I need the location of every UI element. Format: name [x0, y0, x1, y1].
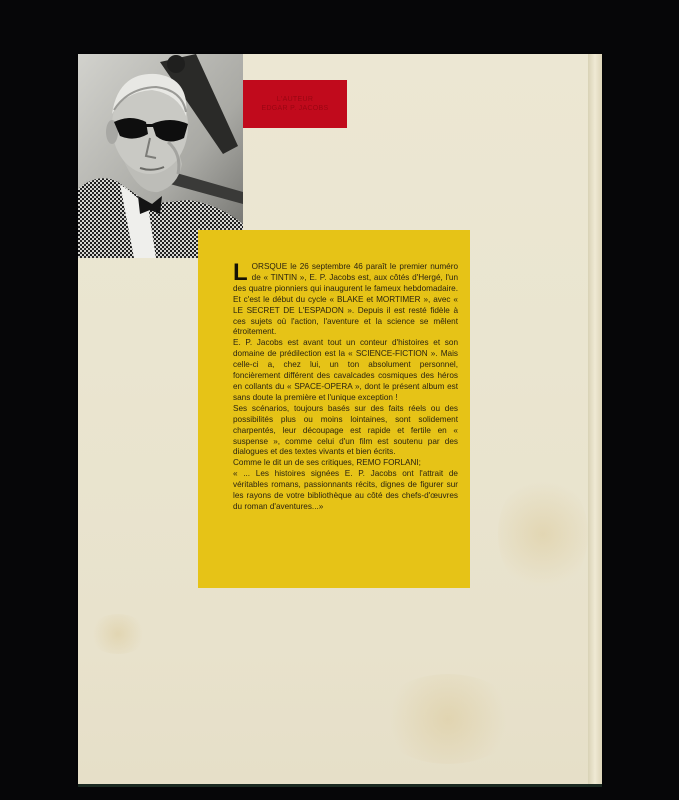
cover-bottom-edge: [78, 784, 602, 787]
author-label-line1: L'AUTEUR: [243, 95, 347, 104]
book-back-cover: L'AUTEUR EDGAR P. JACOBS LORSQUE le 26 s…: [78, 54, 602, 784]
age-stain: [88, 614, 148, 654]
biography-paragraph-4: Comme le dit un de ses critiques, REMO F…: [233, 458, 458, 469]
age-stain: [378, 674, 518, 764]
biography-block: LORSQUE le 26 septembre 46 paraît le pre…: [198, 230, 470, 588]
biography-quote: « ... Les histoires signées E. P. Jacobs…: [233, 469, 458, 513]
biography-paragraph-1: LORSQUE le 26 septembre 46 paraît le pre…: [233, 262, 458, 338]
biography-text: LORSQUE le 26 septembre 46 paraît le pre…: [233, 262, 458, 513]
author-photo: [78, 54, 243, 258]
dropcap: L: [233, 263, 248, 283]
biography-paragraph-2: E. P. Jacobs est avant tout un conteur d…: [233, 338, 458, 403]
age-stain: [498, 474, 588, 594]
author-label: L'AUTEUR EDGAR P. JACOBS: [243, 80, 347, 128]
biography-paragraph-3: Ses scénarios, toujours basés sur des fa…: [233, 404, 458, 459]
author-label-line2: EDGAR P. JACOBS: [243, 104, 347, 113]
